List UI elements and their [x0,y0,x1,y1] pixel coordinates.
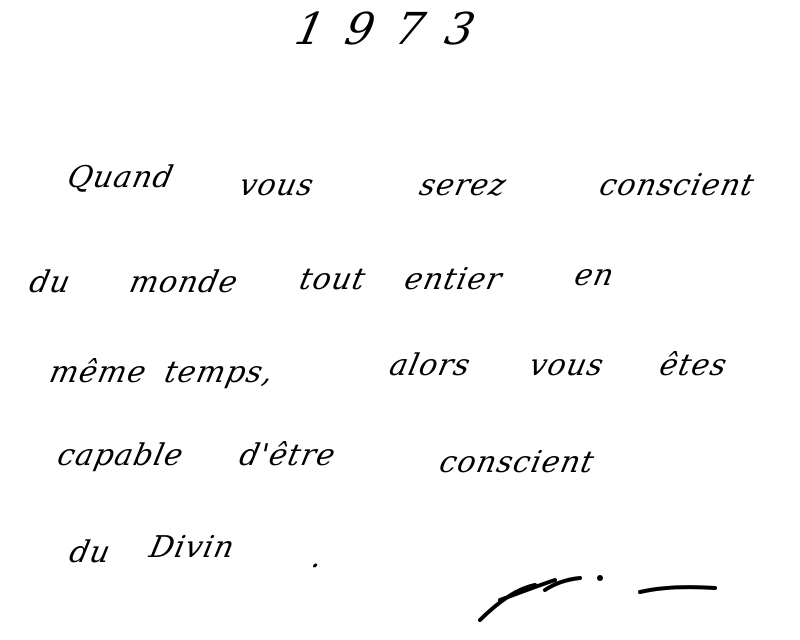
year-heading: 1973 [291,4,502,55]
word: capable [54,438,187,473]
word: d'être [236,438,339,473]
word: vous [526,348,607,383]
word: Divin [146,530,238,565]
word: entier [401,262,505,297]
word: du [26,265,74,300]
word: êtes [656,348,730,383]
word: du [66,535,114,570]
signature-mark [440,560,740,630]
word: conscient [436,445,598,480]
word: monde [126,265,241,300]
handwritten-note: 1973 Quand vous serez conscient du monde… [0,0,800,640]
word: . [308,540,326,575]
word: même [46,355,150,390]
word: serez [416,168,510,203]
word: tout [296,262,369,297]
word: alors [386,348,474,383]
word: temps, [161,355,277,390]
word: Quand [64,160,177,195]
word: en [571,258,618,293]
word: conscient [596,168,758,203]
word: vous [236,168,317,203]
